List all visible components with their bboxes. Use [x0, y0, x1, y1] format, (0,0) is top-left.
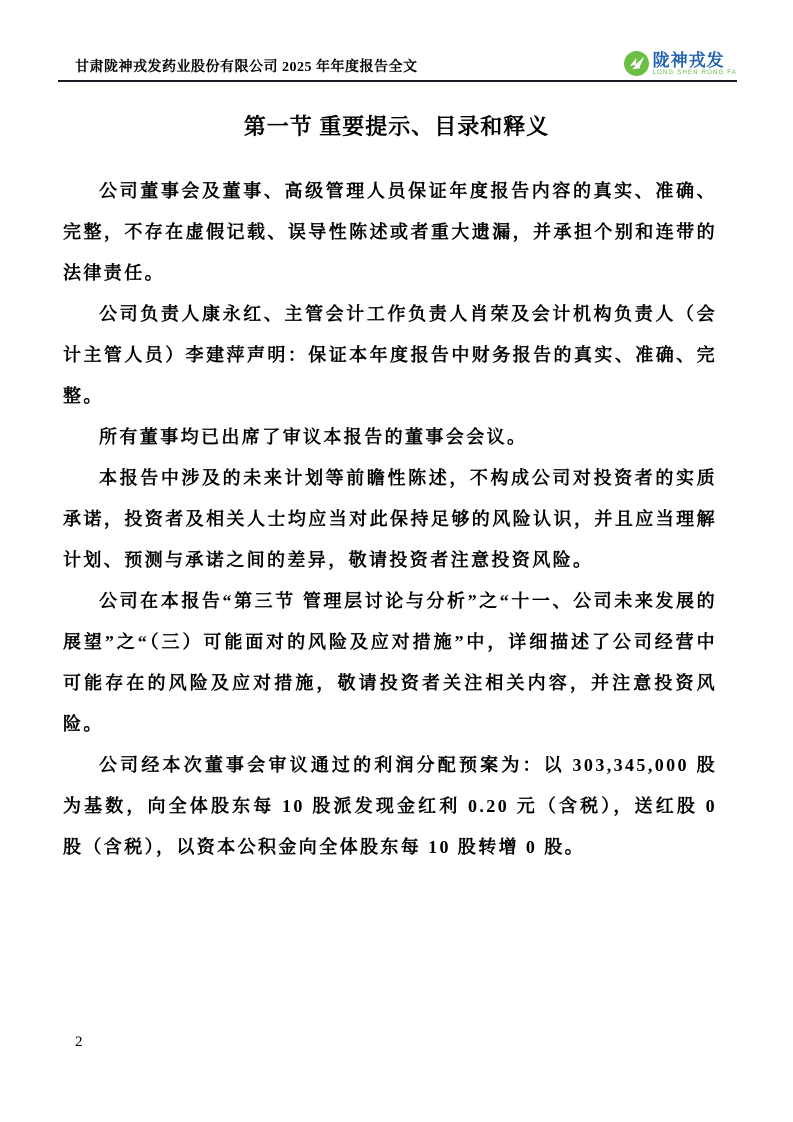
page-header: 甘肃陇神戎发药业股份有限公司 2025 年年度报告全文 陇神戎发 LONG SH…: [58, 40, 737, 82]
paragraph-forward-looking-statements: 本报告中涉及的未来计划等前瞻性陈述，不构成公司对投资者的实质承诺，投资者及相关人…: [63, 458, 717, 581]
logo-company-subtitle: LONG SHEN RONG FA: [653, 70, 737, 76]
paragraph-profit-distribution: 公司经本次董事会审议通过的利润分配预案为：以 303,345,000 股为基数，…: [63, 745, 717, 868]
document-title: 甘肃陇神戎发药业股份有限公司 2025 年年度报告全文: [58, 56, 418, 76]
paragraph-directors-attendance: 所有董事均已出席了审议本报告的董事会会议。: [63, 417, 717, 458]
logo-company-name: 陇神戎发: [653, 52, 737, 69]
page-number: 2: [75, 1034, 83, 1051]
crane-logo-icon: [624, 51, 649, 76]
paragraph-risk-description: 公司在本报告“第三节 管理层讨论与分析”之“十一、公司未来发展的展望”之“（三）…: [63, 581, 717, 745]
section-title: 第一节 重要提示、目录和释义: [0, 110, 793, 141]
report-page: 甘肃陇神戎发药业股份有限公司 2025 年年度报告全文 陇神戎发 LONG SH…: [0, 0, 793, 1122]
paragraph-board-guarantee: 公司董事会及董事、高级管理人员保证年度报告内容的真实、准确、完整，不存在虚假记载…: [63, 171, 717, 294]
logo-text: 陇神戎发 LONG SHEN RONG FA: [653, 52, 737, 76]
document-body: 公司董事会及董事、高级管理人员保证年度报告内容的真实、准确、完整，不存在虚假记载…: [63, 171, 717, 868]
paragraph-responsible-persons: 公司负责人康永红、主管会计工作负责人肖荣及会计机构负责人（会计主管人员）李建萍声…: [63, 294, 717, 417]
company-logo: 陇神戎发 LONG SHEN RONG FA: [624, 51, 737, 76]
